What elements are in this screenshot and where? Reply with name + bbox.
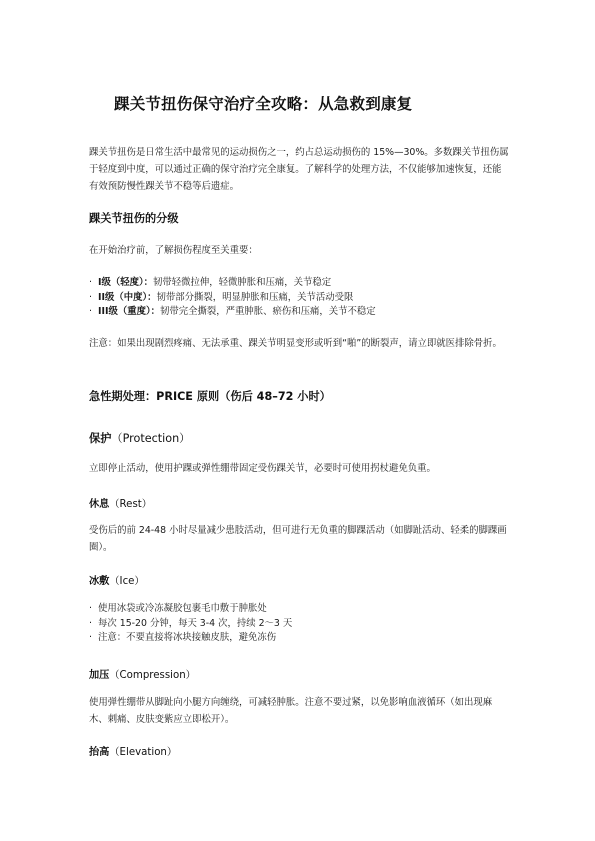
grading-heading: 踝关节扭伤的分级 (89, 210, 179, 226)
ice-item-text: 使用冰袋或冷冻凝胶包裹毛巾敷于肿胀处 (98, 603, 267, 614)
bullet-icon: · (89, 291, 98, 306)
fracture-note: 注意：如果出现剧烈疼痛、无法承重、踝关节明显变形或听到“啪”的断裂声，请立即就医… (89, 335, 509, 352)
rest-text: 受伤后的前 24-48 小时尽量减少患肢活动，但可进行无负重的脚踝活动（如脚趾活… (89, 522, 509, 556)
heading-cn: 休息 (89, 499, 109, 510)
grade-text: 韧带部分撕裂，明显肿胀和压痛，关节活动受限 (157, 292, 354, 303)
ice-item-1: ·使用冰袋或冷冻凝胶包裹毛巾敷于肿胀处 (89, 602, 519, 617)
ice-heading: 冰敷（Ice） (89, 572, 145, 587)
heading-cn: 加压 (89, 670, 109, 681)
heading-cn: 保护 (89, 432, 111, 445)
compression-heading: 加压（Compression） (89, 666, 196, 681)
bullet-icon: · (89, 602, 98, 617)
grading-item-3: ·III级（重度）：韧带完全撕裂，严重肿胀、瘀伤和压痛，关节不稳定 (89, 305, 519, 320)
heading-en: （Compression） (109, 670, 195, 681)
ice-list: ·使用冰袋或冷冻凝胶包裹毛巾敷于肿胀处 ·每次 15-20 分钟，每天 3-4 … (89, 602, 519, 646)
grading-list: ·I级（轻度）：韧带轻微拉伸，轻微肿胀和压痛，关节稳定 ·II级（中度）：韧带部… (89, 276, 519, 320)
ice-item-text: 注意：不要直接将冰块接触皮肤，避免冻伤 (98, 632, 276, 643)
heading-cn: 抬高 (89, 747, 109, 758)
ice-item-text: 每次 15-20 分钟，每天 3-4 次，持续 2～3 天 (98, 618, 292, 629)
heading-en: （Rest） (109, 499, 152, 510)
rest-heading: 休息（Rest） (89, 495, 152, 510)
grade-text: 韧带完全撕裂，严重肿胀、瘀伤和压痛，关节不稳定 (160, 306, 376, 317)
document-page: 踝关节扭伤保守治疗全攻略：从急救到康复 踝关节扭伤是日常生活中最常见的运动损伤之… (0, 0, 595, 841)
compression-text: 使用弹性绷带从脚趾向小腿方向缠绕，可减轻肿胀。注意不要过紧，以免影响血液循环（如… (89, 694, 509, 728)
grading-lead: 在开始治疗前，了解损伤程度至关重要： (89, 242, 509, 259)
document-title: 踝关节扭伤保守治疗全攻略：从急救到康复 (114, 92, 412, 114)
ice-item-3: ·注意：不要直接将冰块接触皮肤，避免冻伤 (89, 631, 519, 646)
grade-label: III级（重度）： (98, 306, 160, 317)
bullet-icon: · (89, 276, 98, 291)
protection-heading: 保护（Protection） (89, 430, 190, 446)
heading-cn: 冰敷 (89, 576, 109, 587)
grading-item-1: ·I级（轻度）：韧带轻微拉伸，轻微肿胀和压痛，关节稳定 (89, 276, 519, 291)
bullet-icon: · (89, 617, 98, 632)
heading-en: （Elevation） (109, 747, 177, 758)
grading-item-2: ·II级（中度）：韧带部分撕裂，明显肿胀和压痛，关节活动受限 (89, 291, 519, 306)
ice-item-2: ·每次 15-20 分钟，每天 3-4 次，持续 2～3 天 (89, 617, 519, 632)
acute-heading: 急性期处理：PRICE 原则（伤后 48–72 小时） (89, 388, 331, 404)
protection-text: 立即停止活动，使用护踝或弹性绷带固定受伤踝关节，必要时可使用拐杖避免负重。 (89, 460, 509, 477)
grade-label: II级（中度）： (98, 292, 157, 303)
elevation-heading: 抬高（Elevation） (89, 743, 177, 758)
bullet-icon: · (89, 305, 98, 320)
intro-paragraph: 踝关节扭伤是日常生活中最常见的运动损伤之一，约占总运动损伤的 15%—30%。多… (89, 144, 509, 195)
bullet-icon: · (89, 631, 98, 646)
grade-text: 韧带轻微拉伸，轻微肿胀和压痛，关节稳定 (153, 277, 331, 288)
heading-en: （Ice） (109, 576, 144, 587)
grade-label: I级（轻度）： (98, 277, 153, 288)
heading-en: （Protection） (111, 432, 190, 445)
